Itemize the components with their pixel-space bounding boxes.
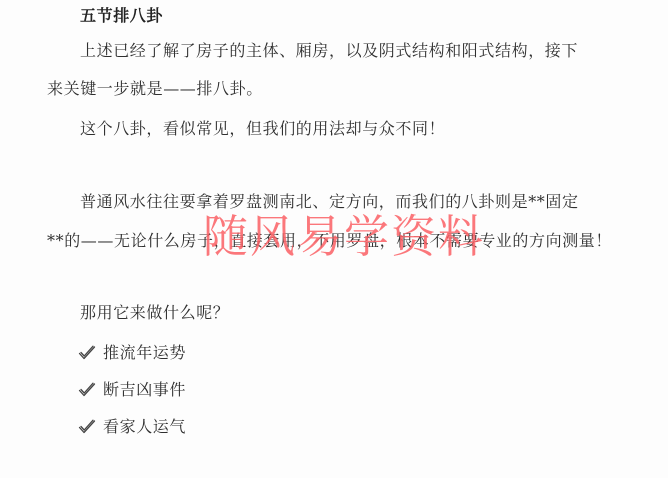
paragraph-3-line-1: 普通风水往往要拿着罗盘测南北、定方向，而我们的八卦则是**固定: [80, 192, 579, 212]
checklist-item-label: 断吉凶事件: [103, 380, 186, 400]
paragraph-1-line-1: 上述已经了解了房子的主体、厢房，以及阴式结构和阳式结构，接下: [80, 41, 578, 61]
paragraph-3-line-2: **的——无论什么房子，直接套用，不用罗盘，根本不需要专业的方向测量！: [47, 231, 612, 251]
question-text: 那用它来做什么呢？: [80, 303, 229, 323]
checklist-item-label: 推流年运势: [103, 343, 186, 363]
check-icon: [78, 345, 96, 361]
checklist-item-label: 看家人运气: [103, 417, 186, 437]
checklist-item: 看家人运气: [78, 417, 186, 437]
paragraph-1-line-2: 来关键一步就是——排八卦。: [47, 79, 263, 99]
check-icon: [78, 382, 96, 398]
checklist-item: 断吉凶事件: [78, 380, 186, 400]
check-icon: [78, 419, 96, 435]
section-title: 五节排八卦: [80, 6, 163, 26]
checklist-item: 推流年运势: [78, 343, 186, 363]
paragraph-2: 这个八卦，看似常见，但我们的用法却与众不同！: [80, 119, 445, 139]
